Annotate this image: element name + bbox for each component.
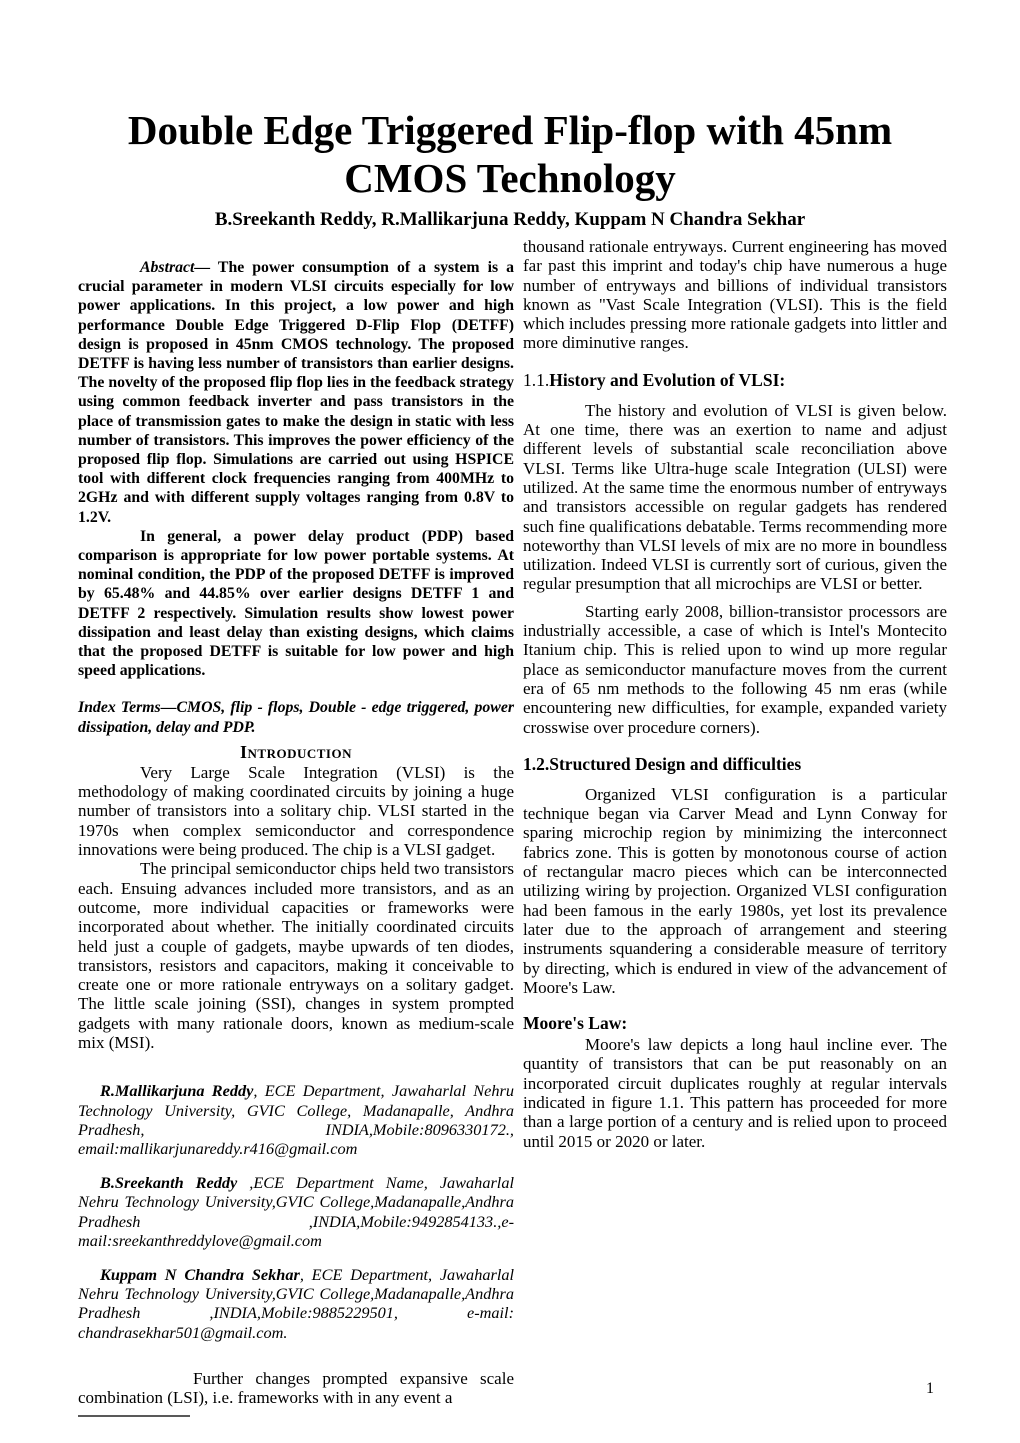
affiliation-name: Kuppam N Chandra Sekhar: [100, 1265, 300, 1284]
footnote-separator-rule: [78, 1415, 190, 1417]
footnote-text: Further changes prompted expansive scale…: [78, 1369, 514, 1408]
paper-title-line2: CMOS Technology: [0, 154, 1020, 202]
abstract-text: The power consumption of a system is a c…: [78, 259, 514, 526]
intro-paragraph-1: Very Large Scale Integration (VLSI) is t…: [78, 763, 514, 859]
section-heading-introduction: Introduction: [78, 742, 514, 763]
right-column: thousand rationale entryways. Current en…: [523, 237, 947, 1151]
index-terms: Index Terms—CMOS, flip - flops, Double -…: [78, 698, 514, 736]
paragraph-history-evolution: The history and evolution of VLSI is giv…: [523, 401, 947, 594]
authors-line: B.Sreekanth Reddy, R.Mallikarjuna Reddy,…: [0, 209, 1020, 231]
abstract-paragraph-2: In general, a power delay product (PDP) …: [78, 527, 514, 681]
paragraph-structured-design: Organized VLSI configuration is a partic…: [523, 785, 947, 997]
affiliation-chandra-sekhar: Kuppam N Chandra Sekhar, ECE Department,…: [78, 1265, 514, 1342]
affiliation-name: B.Sreekanth Reddy: [100, 1173, 237, 1192]
intro-paragraph-2: The principal semiconductor chips held t…: [78, 859, 514, 1052]
paper-page: Double Edge Triggered Flip-flop with 45n…: [0, 0, 1020, 1443]
paper-title-line1: Double Edge Triggered Flip-flop with 45n…: [0, 106, 1020, 154]
subsection-number: 1.1.: [523, 370, 549, 390]
subsection-title: History and Evolution of VLSI:: [549, 370, 785, 390]
left-column: Abstract— The power consumption of a sys…: [78, 258, 514, 1417]
affiliation-mallikarjuna: R.Mallikarjuna Reddy, ECE Department, Ja…: [78, 1081, 514, 1158]
affiliation-name: R.Mallikarjuna Reddy: [100, 1081, 253, 1100]
paragraph-moores-law: Moore's law depicts a long haul incline …: [523, 1035, 947, 1151]
paragraph-billion-transistor: Starting early 2008, billion-transistor …: [523, 602, 947, 737]
abstract-lead-label: Abstract—: [140, 259, 210, 276]
page-number: 1: [926, 1380, 934, 1398]
affiliation-sreekanth: B.Sreekanth Reddy ,ECE Department Name, …: [78, 1173, 514, 1250]
subsection-heading-1-2: 1.2.Structured Design and difficulties: [523, 754, 947, 774]
title-block: Double Edge Triggered Flip-flop with 45n…: [0, 106, 1020, 231]
abstract-paragraph-1: Abstract— The power consumption of a sys…: [78, 258, 514, 527]
subsection-heading-1-1: 1.1.History and Evolution of VLSI:: [523, 370, 947, 390]
moores-law-heading: Moore's Law:: [523, 1013, 947, 1033]
paragraph-vlsi-continuation: thousand rationale entryways. Current en…: [523, 237, 947, 353]
